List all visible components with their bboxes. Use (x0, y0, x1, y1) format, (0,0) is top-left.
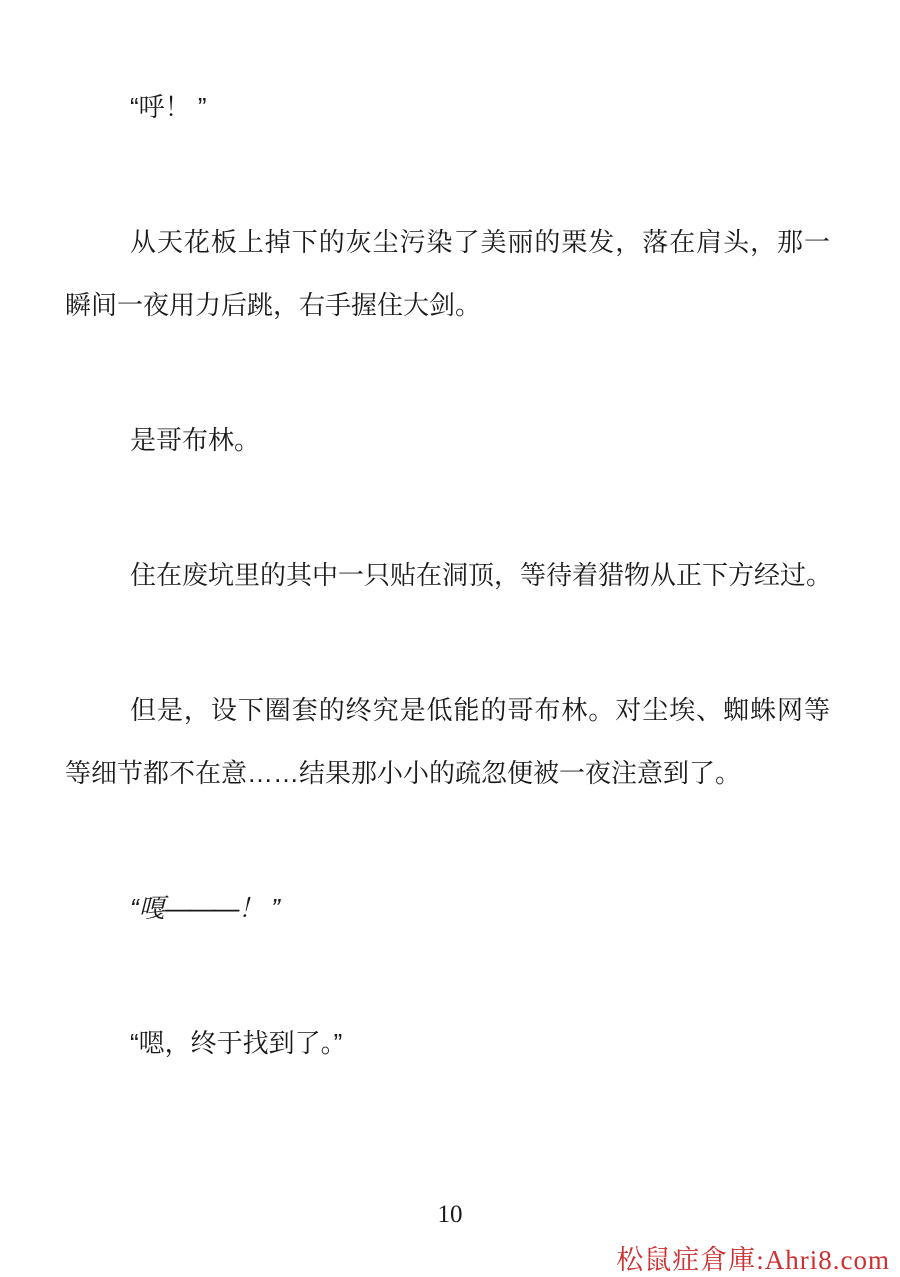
sound-effect-suffix: ！ ” (238, 893, 280, 923)
sound-effect-paragraph: “嘎———！ ” (65, 877, 830, 940)
page-content: “呼！ ” 从天花板上掉下的灰尘污染了美丽的栗发，落在肩头，那一瞬间一夜用力后跳… (65, 76, 830, 1147)
sound-effect-dash: ——— (165, 893, 238, 923)
dialogue-paragraph: “呼！ ” (65, 76, 830, 139)
dialogue-paragraph: “嗯，终于找到了。” (65, 1012, 830, 1075)
narration-paragraph: 是哥布林。 (65, 409, 830, 472)
document-page: “呼！ ” 从天花板上掉下的灰尘污染了美丽的栗发，落在肩头，那一瞬间一夜用力后跳… (0, 0, 900, 1277)
page-number: 10 (0, 1201, 900, 1229)
narration-paragraph: 住在废坑里的其中一只贴在洞顶，等待着猎物从正下方经过。 (65, 544, 830, 607)
watermark: 松鼠症倉庫:Ahri8.com (616, 1238, 890, 1277)
sound-effect-prefix: “嘎 (130, 893, 165, 923)
narration-paragraph: 但是，设下圈套的终究是低能的哥布林。对尘埃、蜘蛛网等等细节都不在意……结果那小小… (65, 679, 830, 805)
narration-paragraph: 从天花板上掉下的灰尘污染了美丽的栗发，落在肩头，那一瞬间一夜用力后跳，右手握住大… (65, 211, 830, 337)
